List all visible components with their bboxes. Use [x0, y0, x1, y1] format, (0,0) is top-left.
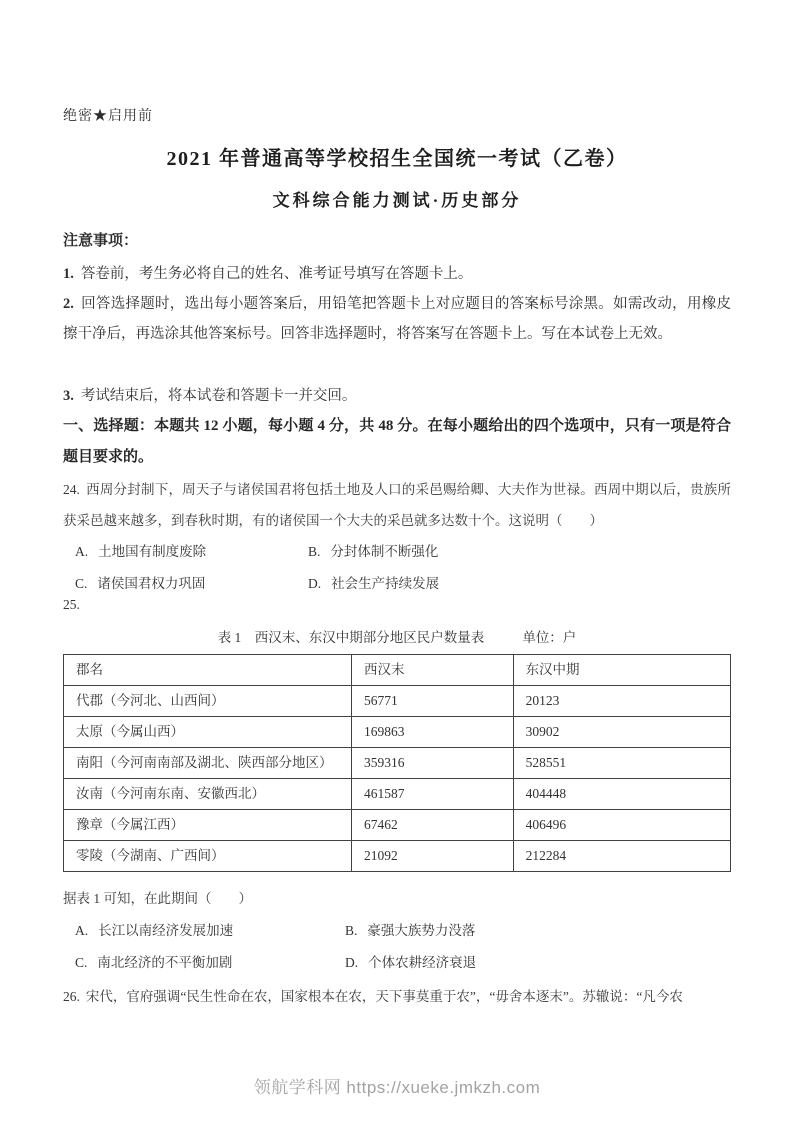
table-cell: 豫章（今属江西）: [64, 810, 352, 841]
question-26: 26.宋代，官府强调“民生性命在农，国家根本在农，天下事莫重于农”，“毋舍本逐末…: [63, 981, 731, 1012]
table-row: 汝南（今河南东南、安徽西北） 461587 404448: [64, 779, 731, 810]
footer-watermark: 领航学科网 https://xueke.jmkzh.com: [63, 1073, 731, 1098]
exam-title: 2021 年普通高等学校招生全国统一考试（乙卷）: [63, 142, 731, 171]
notice-item-number: 3.: [63, 388, 74, 404]
option-key: A.: [75, 923, 88, 938]
table-cell: 21092: [351, 841, 513, 872]
table-cell: 404448: [513, 779, 730, 810]
q25-stem: 据表 1 可知，在此期间（ ）: [63, 883, 731, 914]
table-header-cell: 西汉末: [351, 655, 513, 686]
notice-item-2: 2.回答选择题时，选出每小题答案后，用铅笔把答题卡上对应题目的答案标号涂黑。如需…: [63, 289, 731, 349]
table-cell: 汝南（今河南东南、安徽西北）: [64, 779, 352, 810]
household-table-wrap: 郡名 西汉末 东汉中期 代郡（今河北、山西间） 56771 20123 太原（今…: [63, 654, 731, 872]
table-header-row: 郡名 西汉末 东汉中期: [64, 655, 731, 686]
table-header-cell: 东汉中期: [513, 655, 730, 686]
q25-option-d: D.个体农耕经济衰退: [345, 947, 743, 979]
option-key: D.: [345, 955, 358, 970]
table-cell: 212284: [513, 841, 730, 872]
notice-heading: 注意事项：: [63, 229, 731, 250]
option-text: 长江以南经济发展加速: [98, 923, 233, 938]
q24-option-b: B.分封体制不断强化: [308, 536, 743, 568]
option-text: 土地国有制度废除: [98, 544, 206, 559]
option-key: B.: [308, 544, 320, 559]
table-cell: 南阳（今河南南部及湖北、陕西部分地区）: [64, 748, 352, 779]
notice-item-text: 考试结束后，将本试卷和答题卡一并交回。: [81, 388, 357, 404]
option-key: D.: [308, 576, 321, 591]
table-header-cell: 郡名: [64, 655, 352, 686]
household-count-table: 郡名 西汉末 东汉中期 代郡（今河北、山西间） 56771 20123 太原（今…: [63, 654, 731, 872]
notice-item-text: 回答选择题时，选出每小题答案后，用铅笔把答题卡上对应题目的答案标号涂黑。如需改动…: [63, 296, 731, 342]
table-cell: 太原（今属山西）: [64, 717, 352, 748]
exam-document-page: 绝密★启用前 2021 年普通高等学校招生全国统一考试（乙卷） 文科综合能力测试…: [0, 0, 793, 1122]
table-cell: 528551: [513, 748, 730, 779]
table-cell: 56771: [351, 686, 513, 717]
table-row: 豫章（今属江西） 67462 406496: [64, 810, 731, 841]
table-caption: 表 1 西汉末、东汉中期部分地区民户数量表 单位：户: [63, 626, 731, 646]
table-cell: 20123: [513, 686, 730, 717]
table-row: 代郡（今河北、山西间） 56771 20123: [64, 686, 731, 717]
question-stem: 宋代，官府强调“民生性命在农，国家根本在农，天下事莫重于农”，“毋舍本逐末”。苏…: [86, 989, 683, 1004]
notice-item-number: 2.: [63, 296, 74, 312]
option-text: 诸侯国君权力巩固: [97, 576, 205, 591]
question-24: 24.西周分封制下，周天子与诸侯国君将包括土地及人口的采邑赐给卿、大夫作为世禄。…: [63, 474, 731, 536]
exam-subtitle: 文科综合能力测试·历史部分: [63, 186, 731, 211]
table-cell: 359316: [351, 748, 513, 779]
table-caption-unit: 单位：户: [522, 626, 576, 646]
question-number: 24.: [63, 482, 80, 497]
option-key: C.: [75, 576, 87, 591]
option-key: C.: [75, 955, 87, 970]
question-stem: 西周分封制下，周天子与诸侯国君将包括土地及人口的采邑赐给卿、大夫作为世禄。西周中…: [63, 482, 731, 528]
notice-item-number: 1.: [63, 266, 74, 282]
q24-option-a: A.土地国有制度废除: [75, 536, 308, 568]
q24-option-c: C.诸侯国君权力巩固: [75, 568, 308, 600]
table-cell: 406496: [513, 810, 730, 841]
table-cell: 零陵（今湖南、广西间）: [64, 841, 352, 872]
notice-item-text: 答卷前，考生务必将自己的姓名、准考证号填写在答题卡上。: [81, 266, 473, 282]
table-cell: 67462: [351, 810, 513, 841]
table-cell: 461587: [351, 779, 513, 810]
option-text: 社会生产持续发展: [331, 576, 439, 591]
table-cell: 代郡（今河北、山西间）: [64, 686, 352, 717]
table-row: 南阳（今河南南部及湖北、陕西部分地区） 359316 528551: [64, 748, 731, 779]
question-number: 26.: [63, 989, 80, 1004]
table-row: 太原（今属山西） 169863 30902: [64, 717, 731, 748]
section-heading: 一、选择题：本题共 12 小题，每小题 4 分，共 48 分。在每小题给出的四个…: [63, 411, 731, 473]
option-text: 南北经济的不平衡加剧: [97, 955, 232, 970]
q25-options: A.长江以南经济发展加速 B.豪强大族势力没落 C.南北经济的不平衡加剧 D.个…: [63, 915, 743, 979]
option-text: 个体农耕经济衰退: [368, 955, 476, 970]
q24-option-d: D.社会生产持续发展: [308, 568, 743, 600]
table-caption-text: 表 1 西汉末、东汉中期部分地区民户数量表: [218, 626, 485, 646]
q25-option-a: A.长江以南经济发展加速: [75, 915, 345, 947]
security-notice: 绝密★启用前: [63, 105, 731, 125]
option-key: A.: [75, 544, 88, 559]
question-25-number: 25.: [63, 597, 731, 613]
table-cell: 169863: [351, 717, 513, 748]
option-text: 豪强大族势力没落: [367, 923, 475, 938]
table-cell: 30902: [513, 717, 730, 748]
q25-option-b: B.豪强大族势力没落: [345, 915, 743, 947]
option-key: B.: [345, 923, 357, 938]
notice-item-1: 1.答卷前，考生务必将自己的姓名、准考证号填写在答题卡上。: [63, 259, 731, 289]
table-row: 零陵（今湖南、广西间） 21092 212284: [64, 841, 731, 872]
option-text: 分封体制不断强化: [330, 544, 438, 559]
notice-item-3: 3.考试结束后，将本试卷和答题卡一并交回。: [63, 381, 731, 411]
q25-option-c: C.南北经济的不平衡加剧: [75, 947, 345, 979]
q24-options: A.土地国有制度废除 B.分封体制不断强化 C.诸侯国君权力巩固 D.社会生产持…: [63, 536, 743, 600]
